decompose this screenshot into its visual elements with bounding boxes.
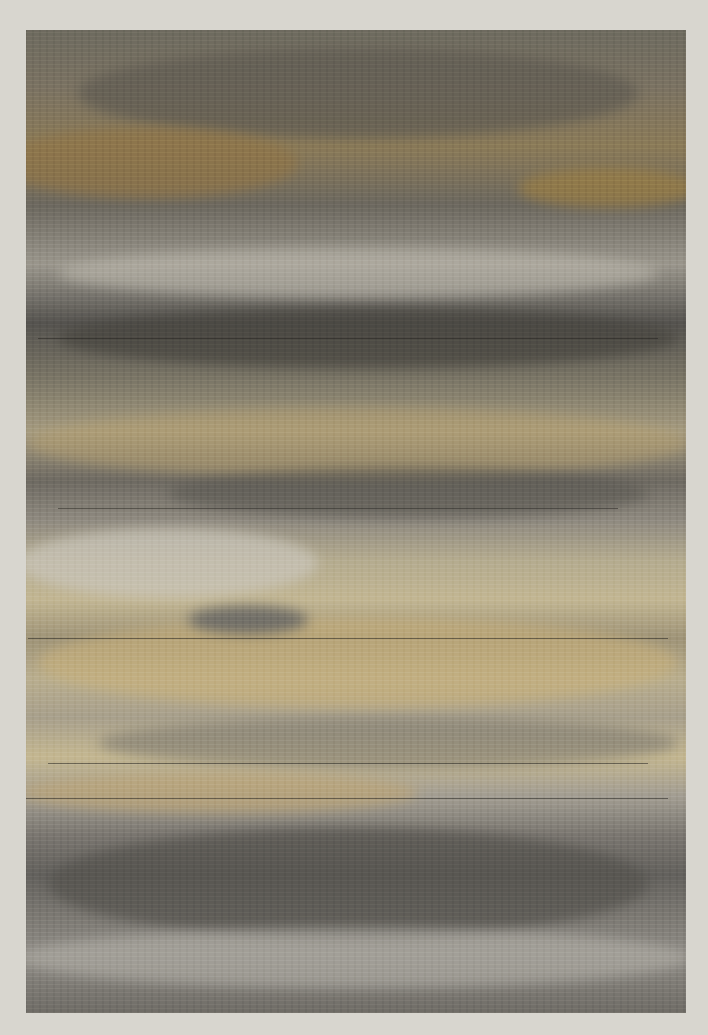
- rug-border-bottom: [0, 1013, 708, 1035]
- rug-border-left: [0, 0, 26, 1035]
- rug-border-top: [0, 0, 708, 30]
- pile-texture: [18, 28, 690, 1013]
- rug-border-right: [686, 0, 708, 1035]
- rug-image: [0, 0, 708, 1035]
- rug-field: [18, 28, 690, 1013]
